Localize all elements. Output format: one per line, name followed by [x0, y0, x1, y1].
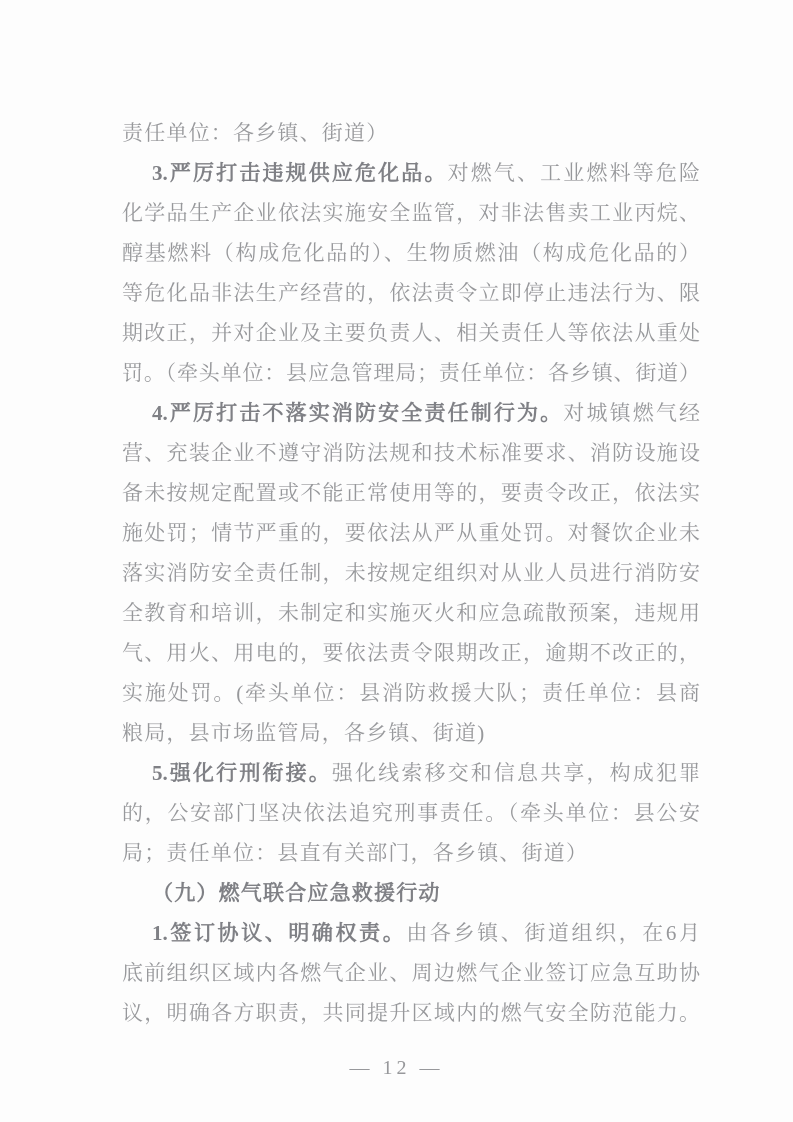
body-text-run: 粮局，县市场监管局，各乡镇、街道) [122, 721, 485, 745]
text-line: 等危化品非法生产经营的，依法责令立即停止违法行为、限 [122, 273, 700, 313]
body-text-run: 责任单位：各乡镇、街道） [122, 121, 388, 145]
text-line: 营、充装企业不遵守消防法规和技术标准要求、消防设施设 [122, 433, 700, 473]
body-text-run: 等危化品非法生产经营的，依法责令立即停止违法行为、限 [122, 281, 700, 305]
body-text-run: 对城镇燃气经 [563, 401, 700, 425]
body-text-run: 实施处罚。(牵头单位：县消防救援大队；责任单位：县商 [122, 681, 700, 705]
body-text-run: 施处罚；情节严重的，要依法从严从重处罚。对餐饮企业未 [122, 521, 700, 545]
text-line: 期改正，并对企业及主要负责人、相关责任人等依法从重处 [122, 313, 700, 353]
body-text-run: 强化线索移交和信息共享，构成犯罪 [332, 761, 700, 785]
document-page: 责任单位：各乡镇、街道）3.严厉打击违规供应危化品。对燃气、工业燃料等危险化学品… [0, 0, 793, 1122]
page-footer: — 12 — [0, 1048, 793, 1088]
body-text-run: 气、用火、用电的，要依法责令限期改正，逾期不改正的， [122, 641, 700, 665]
text-line: 5.强化行刑衔接。强化线索移交和信息共享，构成犯罪 [122, 753, 700, 793]
body-text-run: 议，明确各方职责，共同提升区域内的燃气安全防范能力。 [122, 1001, 700, 1025]
document-body: 责任单位：各乡镇、街道）3.严厉打击违规供应危化品。对燃气、工业燃料等危险化学品… [122, 113, 700, 1033]
page-number: — 12 — [350, 1057, 444, 1079]
text-line: 全教育和培训，未制定和实施灭火和应急疏散预案，违规用 [122, 593, 700, 633]
text-line: 化学品生产企业依法实施安全监管，对非法售卖工业丙烷、 [122, 193, 700, 233]
text-line: 议，明确各方职责，共同提升区域内的燃气安全防范能力。 [122, 993, 700, 1033]
emphasis-text-run: 1.签订协议、明确权责。 [152, 921, 406, 945]
text-line: 施处罚；情节严重的，要依法从严从重处罚。对餐饮企业未 [122, 513, 700, 553]
text-line: 局；责任单位：县直有关部门，各乡镇、街道） [122, 833, 700, 873]
emphasis-text-run: 5.强化行刑衔接。 [152, 761, 332, 785]
text-line: 落实消防安全责任制，未按规定组织对从业人员进行消防安 [122, 553, 700, 593]
emphasis-text-run: 4.严厉打击不落实消防安全责任制行为。 [152, 401, 563, 425]
body-text-run: 醇基燃料（构成危化品的）、生物质燃油（构成危化品的） [122, 241, 700, 265]
body-text-run: 由各乡镇、街道组织，在6月 [406, 921, 700, 945]
body-text-run: 营、充装企业不遵守消防法规和技术标准要求、消防设施设 [122, 441, 700, 465]
body-text-run: 对燃气、工业燃料等危险 [448, 161, 700, 185]
body-text-run: 期改正，并对企业及主要负责人、相关责任人等依法从重处 [122, 321, 700, 345]
body-text-run: 备未按规定配置或不能正常使用等的，要责令改正，依法实 [122, 481, 700, 505]
text-line: 3.严厉打击违规供应危化品。对燃气、工业燃料等危险 [122, 153, 700, 193]
text-line: 罚。（牵头单位：县应急管理局；责任单位：各乡镇、街道） [122, 353, 700, 393]
body-text-run: 的，公安部门坚决依法追究刑事责任。（牵头单位：县公安 [122, 801, 700, 825]
emphasis-text-run: （九）燃气联合应急救援行动 [152, 881, 441, 905]
text-line: 责任单位：各乡镇、街道） [122, 113, 700, 153]
text-line: 1.签订协议、明确权责。由各乡镇、街道组织，在6月 [122, 913, 700, 953]
body-text-run: 底前组织区域内各燃气企业、周边燃气企业签订应急互助协 [122, 961, 700, 985]
text-line: 气、用火、用电的，要依法责令限期改正，逾期不改正的， [122, 633, 700, 673]
text-line: 粮局，县市场监管局，各乡镇、街道) [122, 713, 700, 753]
body-text-run: 落实消防安全责任制，未按规定组织对从业人员进行消防安 [122, 561, 700, 585]
body-text-run: 化学品生产企业依法实施安全监管，对非法售卖工业丙烷、 [122, 201, 700, 225]
emphasis-text-run: 3.严厉打击违规供应危化品。 [152, 161, 448, 185]
text-line: 备未按规定配置或不能正常使用等的，要责令改正，依法实 [122, 473, 700, 513]
body-text-run: 局；责任单位：县直有关部门，各乡镇、街道） [122, 841, 588, 865]
text-line: 醇基燃料（构成危化品的）、生物质燃油（构成危化品的） [122, 233, 700, 273]
text-line: （九）燃气联合应急救援行动 [122, 873, 700, 913]
body-text-run: 全教育和培训，未制定和实施灭火和应急疏散预案，违规用 [122, 601, 700, 625]
body-text-run: 罚。（牵头单位：县应急管理局；责任单位：各乡镇、街道） [122, 361, 700, 385]
text-line: 底前组织区域内各燃气企业、周边燃气企业签订应急互助协 [122, 953, 700, 993]
text-line: 4.严厉打击不落实消防安全责任制行为。对城镇燃气经 [122, 393, 700, 433]
text-line: 的，公安部门坚决依法追究刑事责任。（牵头单位：县公安 [122, 793, 700, 833]
text-line: 实施处罚。(牵头单位：县消防救援大队；责任单位：县商 [122, 673, 700, 713]
